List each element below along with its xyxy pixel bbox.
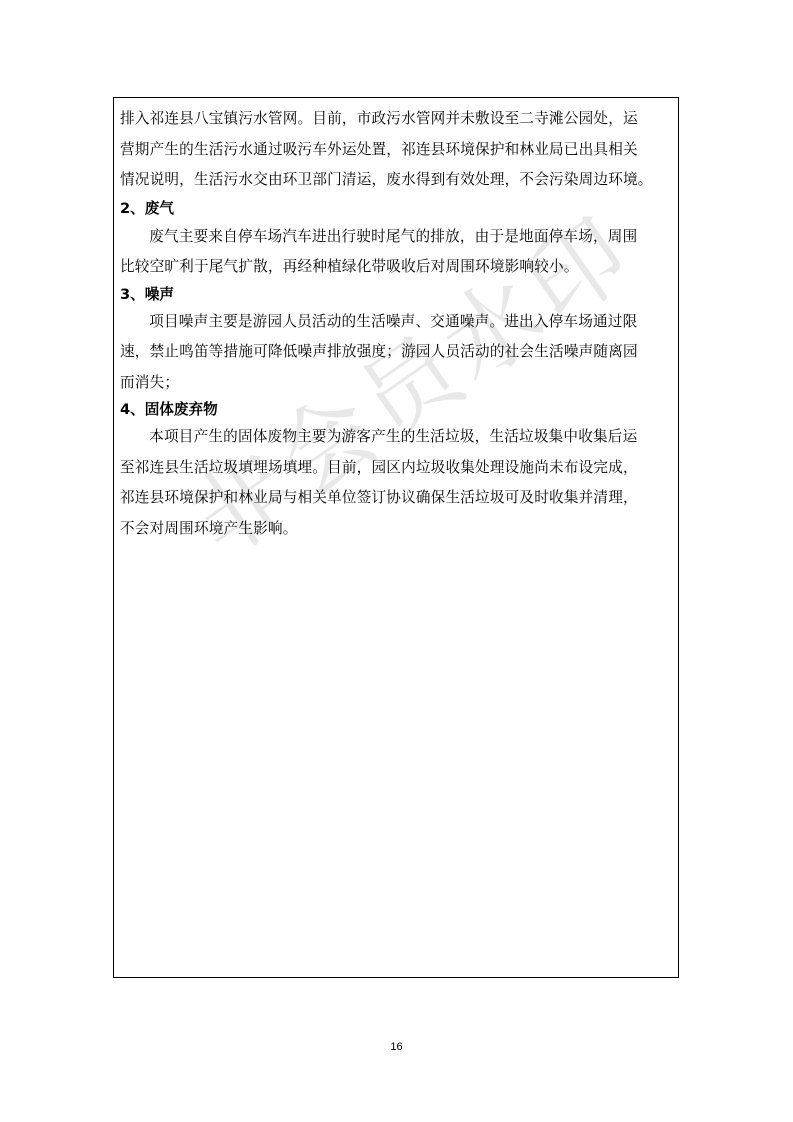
text-line: 至祁连县生活垃圾填埋场填埋。目前，园区内垃圾收集处理设施尚未布设完成， (120, 453, 672, 484)
text-line: 项目噪声主要是游园人员活动的生活噪声、交通噪声。进出入停车场通过限 (120, 307, 672, 338)
text-line: 速，禁止鸣笛等措施可降低噪声排放强度；游园人员活动的社会生活噪声随离园 (120, 337, 672, 368)
page-number: 16 (0, 1041, 793, 1053)
text-line: 情况说明，生活污水交由环卫部门清运，废水得到有效处理，不会污染周边环境。 (120, 165, 672, 196)
wastewater-paragraph: 排入祁连县八宝镇污水管网。目前，市政污水管网并未敷设至二寺滩公园处，运 营期产生… (120, 104, 672, 196)
text-line: 比较空旷利于尾气扩散，再经种植绿化带吸收后对周围环境影响较小。 (120, 252, 672, 283)
section-body: 排入祁连县八宝镇污水管网。目前，市政污水管网并未敷设至二寺滩公园处，运 营期产生… (120, 104, 672, 544)
text-line: 不会对周围环境产生影响。 (120, 514, 672, 545)
text-line: 本项目产生的固体废物主要为游客产生的生活垃圾，生活垃圾集中收集后运 (120, 422, 672, 453)
content-table-cell: 排入祁连县八宝镇污水管网。目前，市政污水管网并未敷设至二寺滩公园处，运 营期产生… (113, 97, 679, 978)
heading-exhaust: 2、废气 (120, 196, 672, 222)
text-line: 祁连县环境保护和林业局与相关单位签订协议确保生活垃圾可及时收集并清理， (120, 483, 672, 514)
heading-noise: 3、噪声 (120, 283, 672, 307)
text-line: 营期产生的生活污水通过吸污车外运处置，祁连县环境保护和林业局已出具相关 (120, 135, 672, 166)
exhaust-paragraph: 废气主要来自停车场汽车进出行驶时尾气的排放，由于是地面停车场，周围 比较空旷利于… (120, 222, 672, 283)
solid-waste-paragraph: 本项目产生的固体废物主要为游客产生的生活垃圾，生活垃圾集中收集后运 至祁连县生活… (120, 422, 672, 544)
text-line: 废气主要来自停车场汽车进出行驶时尾气的排放，由于是地面停车场，周围 (120, 222, 672, 253)
text-line: 而消失； (120, 368, 672, 399)
heading-solid-waste: 4、固体废弃物 (120, 398, 672, 422)
noise-paragraph: 项目噪声主要是游园人员活动的生活噪声、交通噪声。进出入停车场通过限 速，禁止鸣笛… (120, 307, 672, 399)
text-line: 排入祁连县八宝镇污水管网。目前，市政污水管网并未敷设至二寺滩公园处，运 (120, 104, 672, 135)
